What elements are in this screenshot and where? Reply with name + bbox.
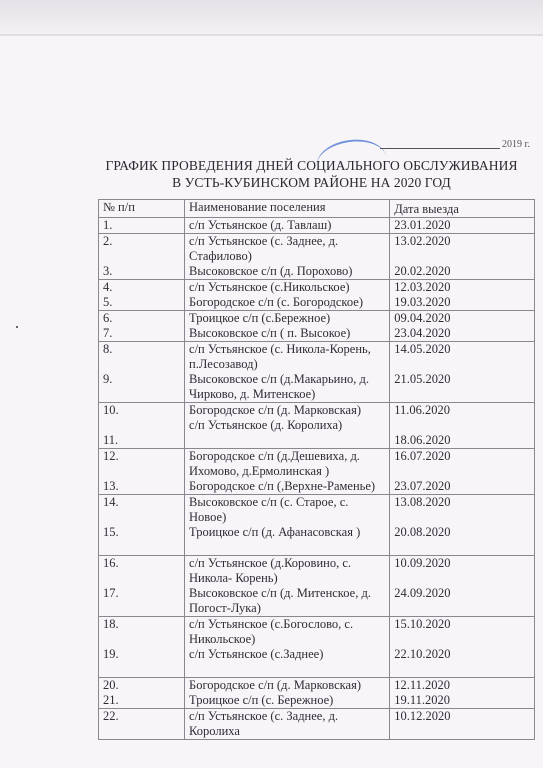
row-settlement-cell: с/п Устьянское (с.Богослово, с. Никольск… (185, 617, 390, 678)
spacer (394, 464, 530, 479)
entry-date: 19.11.2020 (394, 693, 530, 708)
entry-number: 9. (103, 372, 180, 387)
row-settlement-cell: с/п Устьянское (с. Заднее, д. Королиха (185, 709, 390, 740)
entry-settlement: Богородское с/п (д. Марковская) (189, 678, 385, 693)
entry-number: 20. (103, 678, 180, 693)
row-date-cell: 14.05.202021.05.2020 (390, 342, 535, 403)
row-date-cell: 13.08.202020.08.2020 (390, 495, 535, 556)
entry-settlement: Высоковское с/п ( п. Высокое) (189, 326, 385, 341)
schedule-table: № п/п Наименование поселения Дата выезда… (98, 199, 535, 740)
row-settlement-cell: Троицкое с/п (с.Бережное)Высоковское с/п… (185, 311, 390, 342)
schedule-table-body: № п/п Наименование поселения Дата выезда… (99, 200, 535, 740)
row-settlement-cell: с/п Устьянское (с. Заднее, д. Стафилово)… (185, 234, 390, 280)
page-fold-line (0, 34, 543, 36)
entry-date: 23.01.2020 (394, 218, 530, 233)
margin-mark (16, 326, 18, 328)
entry-date: 10.09.2020 (394, 556, 530, 571)
entry-settlement: с/п Устьянское (с.Заднее) (189, 647, 385, 662)
table-row: 8.9.с/п Устьянское (с. Никола-Корень, п.… (99, 342, 535, 403)
table-row: 10.11.Богородское с/п (д. Марковская)с/п… (99, 403, 535, 449)
entry-settlement: с/п Устьянское (с. Заднее, д. Стафилово) (189, 234, 385, 264)
spacer (103, 464, 180, 479)
entry-date: 19.03.2020 (394, 295, 530, 310)
spacer (103, 418, 180, 433)
row-date-cell: 12.03.202019.03.2020 (390, 280, 535, 311)
header-number: № п/п (99, 200, 185, 218)
entry-settlement: Высоковское с/п (с. Старое, с. Новое) (189, 495, 385, 525)
spacer (394, 540, 530, 555)
spacer (103, 249, 180, 264)
row-settlement-cell: с/п Устьянское (с. Никола-Корень, п.Лесо… (185, 342, 390, 403)
entry-number: 19. (103, 647, 180, 662)
entry-settlement: Высоковское с/п (д. Порохово) (189, 264, 385, 279)
row-settlement-cell: Богородское с/п (д.Дешевиха, д. Ихомово,… (185, 449, 390, 495)
document-title-line-2: В УСТЬ-КУБИНСКОМ РАЙОНЕ НА 2020 ГОД (40, 175, 543, 191)
entry-date: 13.02.2020 (394, 234, 530, 249)
row-date-cell: 16.07.202023.07.2020 (390, 449, 535, 495)
entry-date: 18.06.2020 (394, 433, 530, 448)
spacer (103, 632, 180, 647)
page-top-shadow (0, 0, 543, 36)
table-row: 1.с/п Устьянское (д. Тавлаш)23.01.2020 (99, 218, 535, 234)
entry-date: 12.11.2020 (394, 678, 530, 693)
row-settlement-cell: Богородское с/п (д. Марковская)Троицкое … (185, 678, 390, 709)
row-settlement-cell: Высоковское с/п (с. Старое, с. Новое)Тро… (185, 495, 390, 556)
entry-number: 5. (103, 295, 180, 310)
entry-number: 18. (103, 617, 180, 632)
entry-number: 22. (103, 709, 180, 724)
spacer (394, 632, 530, 647)
row-number-cell: 12.13. (99, 449, 185, 495)
spacer (394, 571, 530, 586)
entry-number: 15. (103, 525, 180, 540)
table-header-row: № п/п Наименование поселения Дата выезда (99, 200, 535, 218)
table-row: 4.5.с/п Устьянское (с.Никольское)Богород… (99, 280, 535, 311)
entry-date: 16.07.2020 (394, 449, 530, 464)
row-date-cell: 10.12.2020 (390, 709, 535, 740)
entry-number: 16. (103, 556, 180, 571)
row-settlement-cell: Богородское с/п (д. Марковская)с/п Устья… (185, 403, 390, 449)
entry-settlement: с/п Устьянское (с. Заднее, д. Королиха (189, 709, 385, 739)
row-number-cell: 2.3. (99, 234, 185, 280)
entry-number: 14. (103, 495, 180, 510)
table-row: 18.19.с/п Устьянское (с.Богослово, с. Ни… (99, 617, 535, 678)
entry-date: 10.12.2020 (394, 709, 530, 724)
entry-number: 8. (103, 342, 180, 357)
entry-date: 14.05.2020 (394, 342, 530, 357)
row-date-cell: 23.01.2020 (390, 218, 535, 234)
entry-number: 4. (103, 280, 180, 295)
entry-settlement: Троицкое с/п (с. Бережное) (189, 693, 385, 708)
entry-number: 21. (103, 693, 180, 708)
row-date-cell: 12.11.202019.11.2020 (390, 678, 535, 709)
entry-date: 20.08.2020 (394, 525, 530, 540)
row-number-cell: 1. (99, 218, 185, 234)
entry-settlement: с/п Устьянское (д. Королиха) (189, 418, 385, 433)
row-number-cell: 18.19. (99, 617, 185, 678)
row-date-cell: 09.04.202023.04.2020 (390, 311, 535, 342)
entry-date: 13.08.2020 (394, 495, 530, 510)
entry-date: 09.04.2020 (394, 311, 530, 326)
row-number-cell: 6.7. (99, 311, 185, 342)
entry-date: 20.02.2020 (394, 264, 530, 279)
spacer (189, 540, 385, 555)
signature-date-line (380, 148, 500, 149)
row-number-cell: 4.5. (99, 280, 185, 311)
document-title-line-1: ГРАФИК ПРОВЕДЕНИЯ ДНЕЙ СОЦИАЛЬНОГО ОБСЛУ… (40, 158, 543, 174)
table-row: 12.13.Богородское с/п (д.Дешевиха, д. Их… (99, 449, 535, 495)
entry-number: 7. (103, 326, 180, 341)
spacer (103, 662, 180, 677)
spacer (189, 662, 385, 677)
entry-settlement: с/п Устьянское (с.Богослово, с. Никольск… (189, 617, 385, 647)
spacer (394, 357, 530, 372)
row-date-cell: 11.06.202018.06.2020 (390, 403, 535, 449)
spacer (394, 662, 530, 677)
entry-settlement: с/п Устьянское (д. Тавлаш) (189, 218, 385, 233)
table-row: 2.3.с/п Устьянское (с. Заднее, д. Стафил… (99, 234, 535, 280)
entry-date: 15.10.2020 (394, 617, 530, 632)
table-row: 6.7.Троицкое с/п (с.Бережное)Высоковское… (99, 311, 535, 342)
entry-number: 1. (103, 218, 180, 233)
row-date-cell: 15.10.202022.10.2020 (390, 617, 535, 678)
entry-date: 21.05.2020 (394, 372, 530, 387)
entry-settlement: Троицкое с/п (с.Бережное) (189, 311, 385, 326)
row-number-cell: 16.17. (99, 556, 185, 617)
entry-settlement: Богородское с/п (д. Марковская) (189, 403, 385, 418)
entry-settlement: Богородское с/п (д.Дешевиха, д. Ихомово,… (189, 449, 385, 479)
entry-settlement: Богородское с/п (с. Богородское) (189, 295, 385, 310)
entry-settlement: Богородское с/п (,Верхне-Раменье) (189, 479, 385, 494)
entry-date: 24.09.2020 (394, 586, 530, 601)
row-date-cell: 13.02.202020.02.2020 (390, 234, 535, 280)
entry-date: 11.06.2020 (394, 403, 530, 418)
spacer (103, 510, 180, 525)
header-date: Дата выезда (390, 200, 535, 218)
spacer (394, 249, 530, 264)
entry-settlement: Высоковское с/п (д. Митенское, д. Погост… (189, 586, 385, 616)
row-settlement-cell: с/п Устьянское (д.Коровино, с. Никола- К… (185, 556, 390, 617)
header-settlement: Наименование поселения (185, 200, 390, 218)
row-number-cell: 14.15. (99, 495, 185, 556)
entry-settlement: Высоковское с/п (д.Макарьино, д. Чирково… (189, 372, 385, 402)
spacer (394, 418, 530, 433)
entry-date: 22.10.2020 (394, 647, 530, 662)
row-date-cell: 10.09.202024.09.2020 (390, 556, 535, 617)
table-row: 14.15.Высоковское с/п (с. Старое, с. Нов… (99, 495, 535, 556)
spacer (394, 510, 530, 525)
year-label: 2019 г. (502, 139, 530, 150)
entry-settlement: с/п Устьянское (с.Никольское) (189, 280, 385, 295)
entry-date: 23.04.2020 (394, 326, 530, 341)
entry-number: 2. (103, 234, 180, 249)
entry-date: 12.03.2020 (394, 280, 530, 295)
row-number-cell: 10.11. (99, 403, 185, 449)
row-settlement-cell: с/п Устьянское (д. Тавлаш) (185, 218, 390, 234)
entry-number: 3. (103, 264, 180, 279)
entry-number: 11. (103, 433, 180, 448)
row-number-cell: 20.21. (99, 678, 185, 709)
entry-number: 17. (103, 586, 180, 601)
table-row: 22.с/п Устьянское (с. Заднее, д. Королих… (99, 709, 535, 740)
entry-number: 13. (103, 479, 180, 494)
entry-settlement: с/п Устьянское (с. Никола-Корень, п.Лесо… (189, 342, 385, 372)
table-row: 20.21.Богородское с/п (д. Марковская)Тро… (99, 678, 535, 709)
spacer (103, 357, 180, 372)
entry-number: 12. (103, 449, 180, 464)
row-settlement-cell: с/п Устьянское (с.Никольское)Богородское… (185, 280, 390, 311)
entry-number: 10. (103, 403, 180, 418)
spacer (103, 540, 180, 555)
spacer (103, 571, 180, 586)
entry-settlement: Троицкое с/п (д. Афанасовская ) (189, 525, 385, 540)
table-row: 16.17.с/п Устьянское (д.Коровино, с. Ник… (99, 556, 535, 617)
row-number-cell: 8.9. (99, 342, 185, 403)
entry-number: 6. (103, 311, 180, 326)
entry-settlement: с/п Устьянское (д.Коровино, с. Никола- К… (189, 556, 385, 586)
row-number-cell: 22. (99, 709, 185, 740)
entry-date: 23.07.2020 (394, 479, 530, 494)
